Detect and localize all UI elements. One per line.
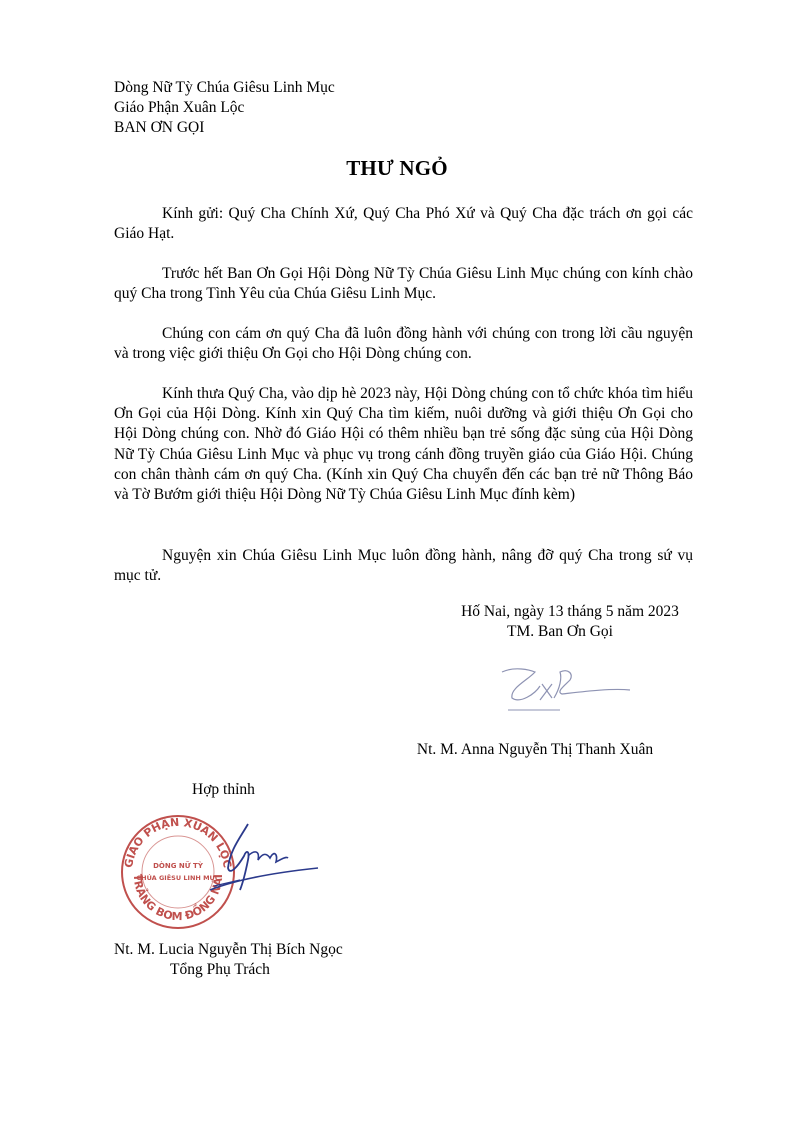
approval-label: Hợp thỉnh — [192, 780, 255, 800]
paragraph-blessing: Nguyện xin Chúa Giêsu Linh Mục luôn đồng… — [114, 546, 693, 586]
paragraph-salutation: Kính gửi: Quý Cha Chính Xứ, Quý Cha Phó … — [114, 204, 693, 244]
seal-inner-line1: DÒNG NỮ TỲ — [153, 861, 204, 870]
paragraph-request: Kính thưa Quý Cha, vào dịp hè 2023 này, … — [114, 384, 693, 505]
signature-scribble-2 — [200, 820, 330, 900]
paragraph-greeting: Trước hết Ban Ơn Gọi Hội Dòng Nữ Tỳ Chúa… — [114, 264, 693, 304]
letter-page: Dòng Nữ Tỳ Chúa Giêsu Linh Mục Giáo Phận… — [0, 0, 794, 1123]
paragraph-thanks: Chúng con cám ơn quý Cha đã luôn đồng hà… — [114, 324, 693, 364]
approver-role: Tổng Phụ Trách — [170, 960, 270, 980]
header-congregation: Dòng Nữ Tỳ Chúa Giêsu Linh Mục — [114, 78, 335, 98]
header-diocese: Giáo Phận Xuân Lộc — [114, 98, 244, 118]
letter-title: THƯ NGỎ — [0, 156, 794, 181]
signature-scribble-1 — [490, 658, 640, 718]
header-committee: BAN ƠN GỌI — [114, 118, 204, 138]
place-date: Hố Nai, ngày 13 tháng 5 năm 2023 — [430, 602, 710, 622]
signer-name: Nt. M. Anna Nguyễn Thị Thanh Xuân — [390, 740, 680, 760]
on-behalf: TM. Ban Ơn Gọi — [430, 622, 690, 642]
approver-name: Nt. M. Lucia Nguyễn Thị Bích Ngọc — [114, 940, 343, 960]
